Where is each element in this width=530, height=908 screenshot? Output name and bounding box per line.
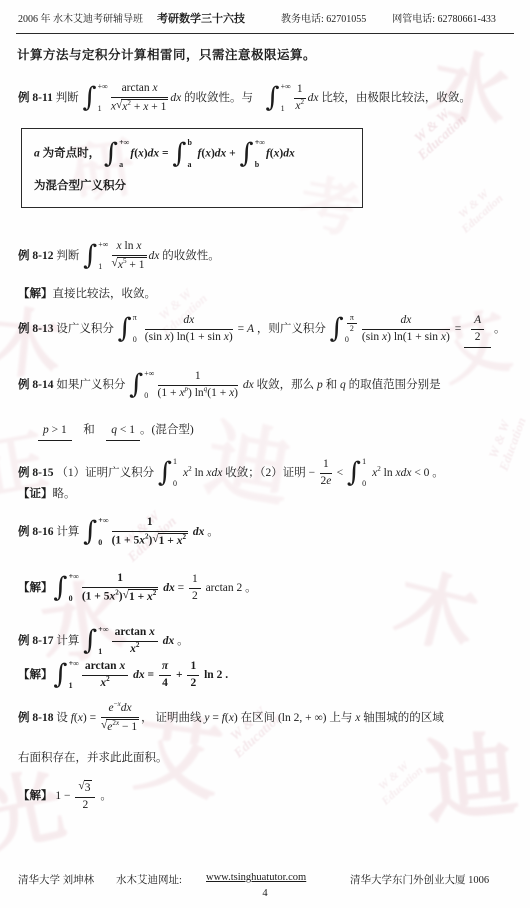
header-course-name: 2006 年 水木艾迪考研辅导班 — [18, 10, 143, 25]
header-book-title: 考研数学三十六技 — [157, 10, 245, 26]
content-line-ex8-18b: 右面积存在，并求此此面积。 — [18, 752, 168, 766]
watermark-calligraphy-icon: 木 — [385, 540, 490, 671]
content-line-proof8-15: 【证】略。 — [18, 488, 76, 502]
watermark-brand-text: W & W Education — [450, 182, 505, 235]
footer-author: 清华大学 刘坤林 — [18, 872, 94, 887]
content-line-ex8-14: 例 8-14 如果广义积分 ∫+∞01(1 + xp) lnq(1 + x) d… — [18, 370, 441, 401]
scanned-textbook-page: 水研木艾迪水木迪艾光正考W & W EducationW & W Educati… — [0, 0, 530, 908]
footer-address: 清华大学东门外创业大厦 1006 — [350, 872, 489, 887]
content-line-ex8-15: 例 8-15 （1）证明广义积分 ∫10x2 ln xdx 收敛；（2）证明 −… — [18, 458, 444, 489]
note-box-formula: a 为奇点时， ∫+∞af(x)dx = ∫baf(x)dx + ∫+∞bf(x… — [34, 139, 352, 169]
content-line-sol8-17: 【解】∫+∞1arctan xx2 dx = π4 + 12 ln 2 . — [18, 660, 228, 691]
header-phone-admin: 教务电话: 62701055 — [281, 10, 366, 25]
header-phone-net: 网管电话: 62780661-433 — [392, 10, 496, 25]
page-header: 2006 年 水木艾迪考研辅导班 考研数学三十六技 教务电话: 62701055… — [18, 10, 514, 26]
watermark-brand-text: W & W Education — [370, 754, 425, 807]
content-line-ans8-14: p > 1 和 q < 1。(混合型) — [38, 424, 194, 441]
footer-site-label: 水木艾迪网址: — [116, 872, 182, 887]
content-line-sol8-16: 【解】∫+∞01(1 + 5x2)√1 + x2 dx = 12 arctan … — [18, 572, 257, 605]
note-box-caption: 为混合型广义积分 — [34, 177, 352, 193]
content-line-ex8-12: 例 8-12 判断 ∫+∞1x ln x√x5 + 1dx 的收敛性。 — [18, 240, 220, 273]
content-line-sol8-18: 【解】 1 − √32 。 — [18, 780, 112, 813]
content-line-ex8-13: 例 8-13 设广义积分 ∫π0dx(sin x) ln(1 + sin x) … — [18, 314, 506, 348]
content-line-ex8-18: 例 8-18 设 f(x) = e−xdx√e2x − 1， 证明曲线 y = … — [18, 702, 444, 735]
content-line-ex8-11: 例 8-11 判断 ∫+∞1arctan xx√x2 + x + 1dx 的收敛… — [18, 82, 471, 115]
content-line-sol8-12: 【解】直接比较法，收敛。 — [18, 288, 156, 302]
note-box: a 为奇点时， ∫+∞af(x)dx = ∫baf(x)dx + ∫+∞bf(x… — [21, 128, 363, 208]
watermark-brand-text: W & W Education — [483, 411, 528, 473]
footer-site-url[interactable]: www.tsinghuatutor.com — [206, 872, 306, 883]
content-line-ex8-17: 例 8-17 计算 ∫+∞1arctan xx2 dx 。 — [18, 626, 189, 657]
content-line-ex8-16: 例 8-16 计算 ∫+∞01(1 + 5x2)√1 + x2 dx 。 — [18, 516, 219, 549]
intro-sentence: 计算方法与定积分计算相雷同，只需注意极限运算。 — [17, 45, 316, 63]
page-number: 4 — [0, 888, 530, 899]
header-divider — [16, 33, 514, 34]
